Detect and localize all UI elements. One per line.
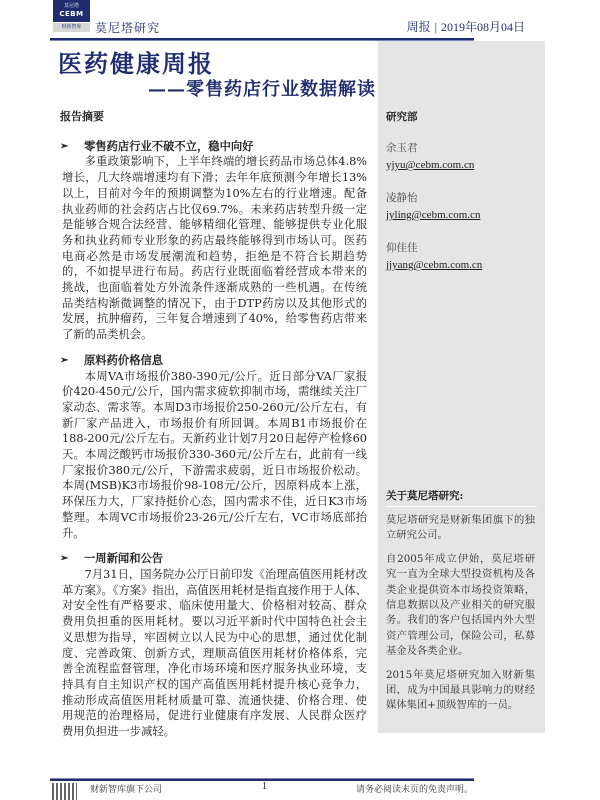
about-paragraph: 自2005年成立伊始，莫尼塔研究一直为全球大型投资机构及各类企业提供资本市场投资… [386,552,535,660]
report-subtitle: ——零售药店行业数据解读 [148,75,376,101]
page-number: 1 [262,781,267,792]
report-summary: 报告摘要 ➢ 零售药店行业不破不立，稳中向好 多重政策影响下，上半年终端的增长药… [62,109,367,750]
research-dept-label: 研究部 [386,109,537,124]
logo-line1: 莫尼塔 [53,2,90,10]
analyst-1: 凌静怡 jyling@cebm.com.cn [386,190,537,224]
section-news: ➢ 一周新闻和公告 7月31日，国务院办公厅日前印发《治理高值医用耗材改革方案》… [62,551,367,739]
analyst-email-link[interactable]: jyling@cebm.com.cn [386,207,537,224]
analyst-email-link[interactable]: yjyu@cebm.com.cn [386,157,537,174]
section-title: 原料药价格信息 [84,353,163,369]
section-title: 零售药店行业不破不立，稳中向好 [84,139,253,155]
section-retail: ➢ 零售药店行业不破不立，稳中向好 多重政策影响下，上半年终端的增长药品市场总体… [62,139,367,343]
about-divider [386,506,537,507]
logo-line2: CEBM [53,10,90,18]
analyst-name: 仰佳佳 [386,240,537,257]
report-date: 2019年08月04日 [441,20,525,34]
sidebar: 研究部 余玉君 yjyu@cebm.com.cn 凌静怡 jyling@cebm… [378,41,545,733]
analyst-0: 余玉君 yjyu@cebm.com.cn [386,140,537,174]
analyst-2: 仰佳佳 jjyang@cebm.com.cn [386,240,537,274]
meta-separator: | [435,20,437,34]
about-paragraph: 2015年莫尼塔研究加入财新集团，成为中国最具影响力的财经媒体集团+顶级智库的一… [386,668,535,714]
section-heading: ➢ 一周新闻和公告 [60,551,367,567]
summary-heading: 报告摘要 [60,109,367,125]
report-type: 周报 [407,20,431,34]
analyst-email-link[interactable]: jjyang@cebm.com.cn [386,257,537,274]
arrow-bullet-icon: ➢ [60,139,84,155]
section-title: 一周新闻和公告 [84,551,163,567]
section-heading: ➢ 原料药价格信息 [60,353,367,369]
analyst-name: 凌静怡 [386,190,537,207]
section-heading: ➢ 零售药店行业不破不立，稳中向好 [60,139,367,155]
section-api-prices: ➢ 原料药价格信息 本周VA市场报价380-390元/公斤。近日部分VA厂家报价… [62,353,367,541]
qr-code-icon [52,783,77,800]
analyst-name: 余玉君 [386,140,537,157]
arrow-bullet-icon: ➢ [60,353,84,369]
arrow-bullet-icon: ➢ [60,551,84,567]
report-title: 医药健康周报 [58,44,214,79]
about-paragraph: 莫尼塔研究是财新集团旗下的独立研究公司。 [386,513,535,544]
about-text: 莫尼塔研究是财新集团旗下的独立研究公司。 自2005年成立伊始，莫尼塔研究一直为… [386,513,535,722]
about-title: 关于莫尼塔研究: [386,488,463,503]
cebm-logo: 莫尼塔 CEBM [53,0,90,22]
footer-disclaimer: 请务必阅读末页的免责声明。 [356,782,473,795]
section-body: 多重政策影响下，上半年终端的增长药品市场总体4.8%增长，几大终端增速均有下滑；… [62,154,367,342]
report-meta: 周报|2019年08月04日 [407,18,525,35]
brand-name: 莫尼塔研究 [95,19,160,36]
logo-subbrand: 财新智库 [53,23,90,32]
footer-company: 财新智库旗下公司 [90,782,162,795]
section-body: 本周VA市场报价380-390元/公斤。近日部分VA厂家报价420-450元/公… [62,369,367,542]
section-body: 7月31日，国务院办公厅日前印发《治理高值医用耗材改革方案》。《方案》指出，高值… [62,567,367,740]
